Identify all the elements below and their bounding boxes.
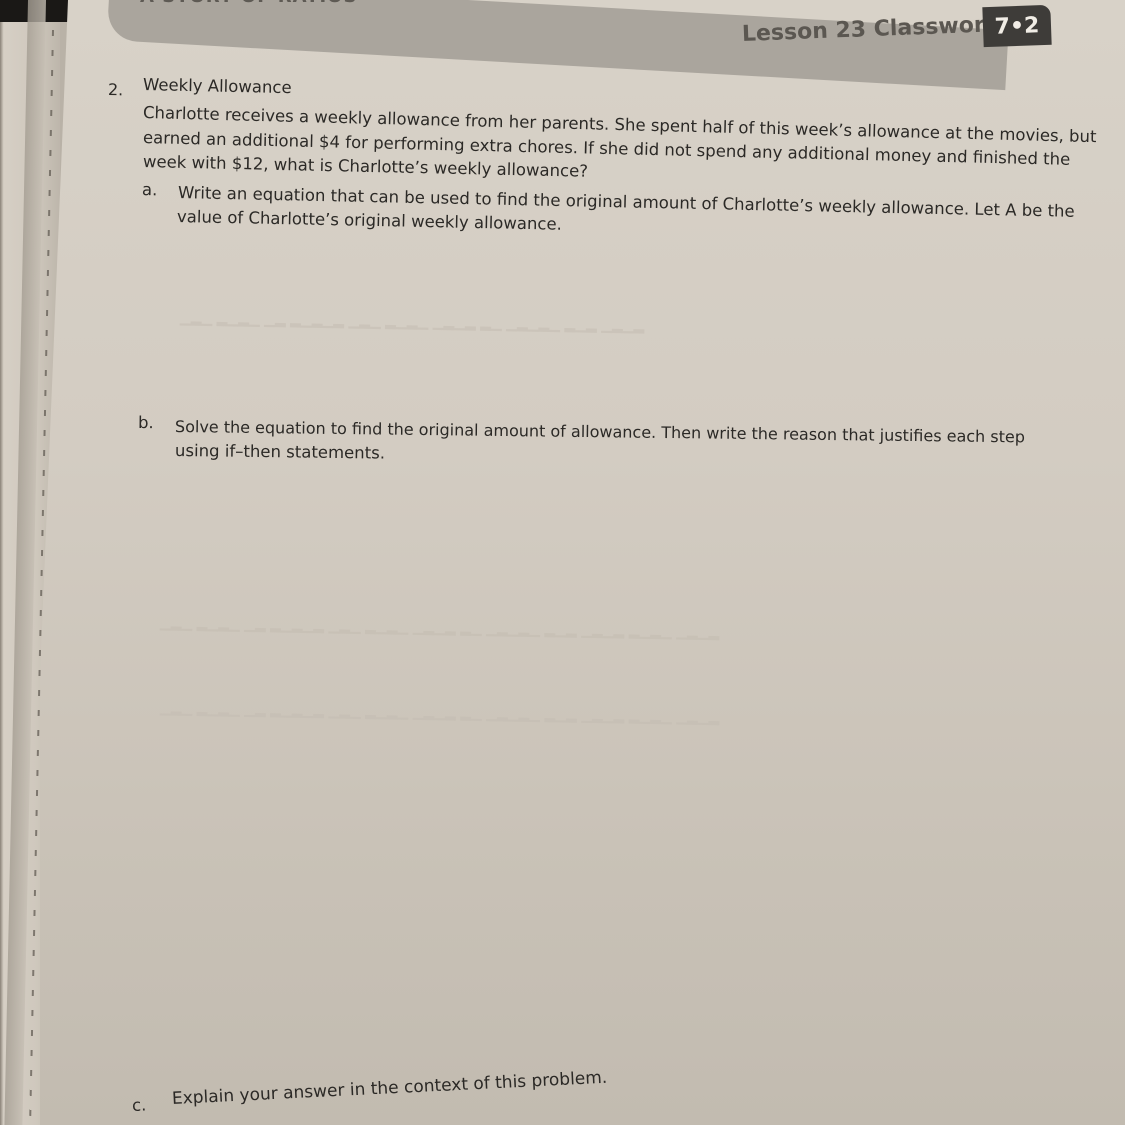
part-b-label: b. bbox=[138, 413, 154, 432]
part-a-answer-space[interactable] bbox=[140, 250, 1020, 400]
part-a-label: a. bbox=[142, 180, 158, 199]
module-title: A STORY OF RATIOS bbox=[140, 0, 357, 7]
problem-title: Weekly Allowance bbox=[143, 75, 292, 97]
problem-number: 2. bbox=[108, 80, 124, 99]
module-badge: 7•2 bbox=[982, 5, 1051, 47]
part-c-label: c. bbox=[132, 1095, 147, 1115]
part-b-answer-space[interactable] bbox=[140, 475, 1020, 1045]
part-b-line: using if–then statements. bbox=[175, 441, 385, 463]
